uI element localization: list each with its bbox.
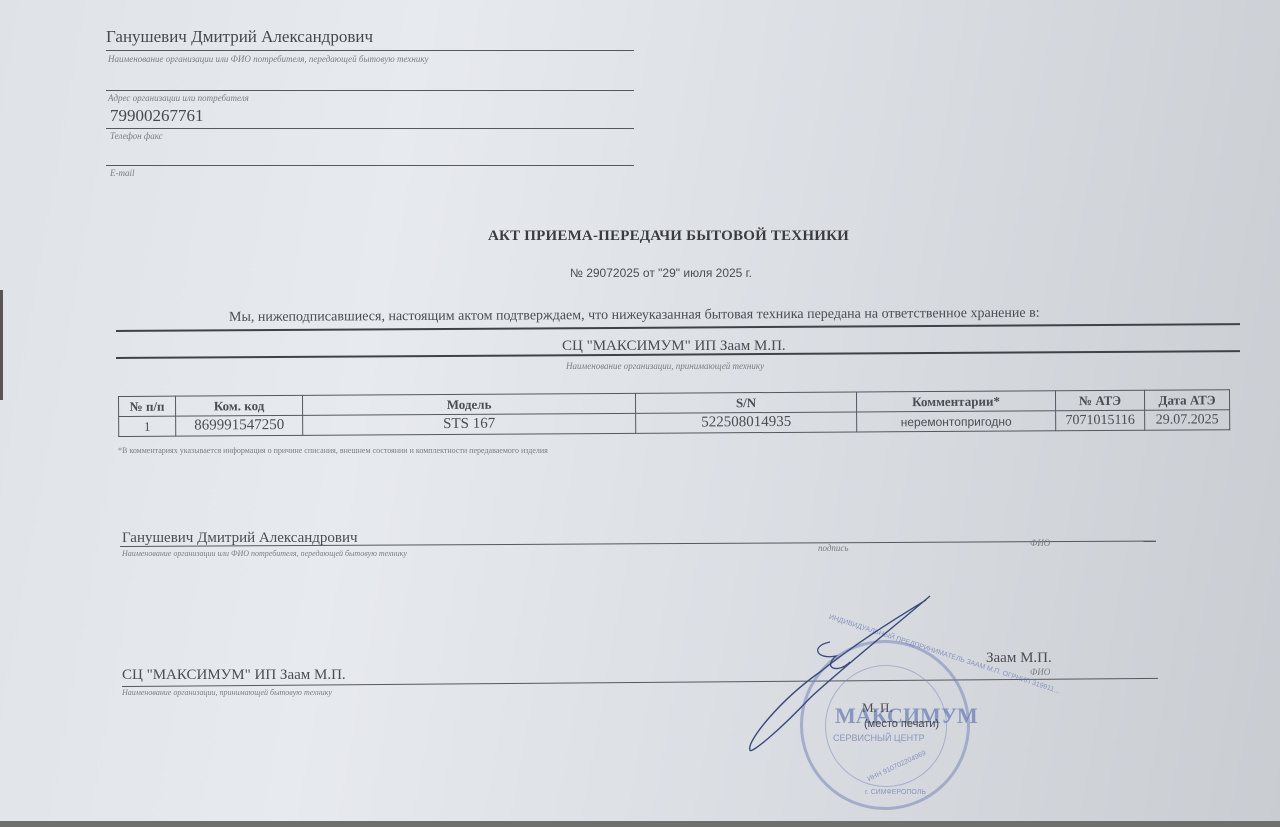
- sender-fio-caption: ФИО: [1030, 538, 1050, 548]
- document-photo: Ганушевич Дмитрий Александрович Наименов…: [0, 0, 1280, 827]
- intro-text: Мы, нижеподписавшиеся, настоящим актом п…: [229, 306, 1040, 326]
- cell-code: 869991547250: [176, 415, 303, 436]
- receiver-sign-caption: Наименование организации, принимающей бы…: [122, 688, 332, 697]
- cell-comment: неремонтопригодно: [857, 411, 1056, 432]
- phone-line: [106, 128, 634, 129]
- document-number-date: № 29072025 от "29" июля 2025 г.: [570, 266, 752, 280]
- receiver-caption: Наименование организации, принимающей те…: [566, 361, 764, 371]
- email-caption: E-mail: [110, 168, 135, 178]
- paper-edge-shadow: [0, 290, 3, 400]
- email-line: [106, 165, 634, 166]
- phone-value: 79900267761: [110, 106, 204, 126]
- cell-ate-number: 7071015116: [1056, 410, 1145, 431]
- receiver-fio-caption: ФИО: [1030, 667, 1050, 677]
- items-table: № п/п Ком. код Модель S/N Комментарии* №…: [118, 389, 1230, 437]
- col-header-ate-date: Дата АТЭ: [1144, 390, 1229, 411]
- cell-ate-date: 29.07.2025: [1145, 410, 1230, 431]
- stamp-city: г. СИМФЕРОПОЛЬ: [865, 789, 926, 796]
- cell-number: 1: [119, 416, 176, 436]
- sender-signature-caption: подпись: [818, 543, 849, 553]
- table-surface-edge: [0, 821, 1280, 827]
- col-header-number: № п/п: [119, 396, 176, 416]
- handwritten-signature: [740, 590, 940, 760]
- cell-model: STS 167: [303, 413, 636, 435]
- sender-caption: Наименование организации или ФИО потреби…: [122, 549, 407, 558]
- col-header-code: Ком. код: [176, 395, 303, 416]
- table-footnote: *В комментариях указывается информация о…: [118, 446, 548, 455]
- col-header-ate-number: № АТЭ: [1055, 390, 1144, 411]
- document-title: АКТ ПРИЕМА-ПЕРЕДАЧИ БЫТОВОЙ ТЕХНИКИ: [488, 228, 849, 245]
- phone-caption: Телефон факс: [110, 131, 163, 141]
- col-header-model: Модель: [302, 393, 635, 415]
- address-caption: Адрес организации или потребителя: [108, 93, 249, 103]
- address-line: [106, 90, 634, 91]
- consumer-name: Ганушевич Дмитрий Александрович: [106, 27, 373, 47]
- cell-sn: 522508014935: [636, 412, 857, 433]
- receiver-sign-name: СЦ "МАКСИМУМ" ИП Заам М.П.: [122, 667, 346, 684]
- receiver-fio: Заам М.П.: [986, 650, 1052, 667]
- col-header-sn: S/N: [635, 392, 856, 413]
- consumer-name-line: [106, 50, 634, 51]
- consumer-name-caption: Наименование организации или ФИО потреби…: [108, 54, 429, 64]
- col-header-comment: Комментарии*: [856, 391, 1055, 412]
